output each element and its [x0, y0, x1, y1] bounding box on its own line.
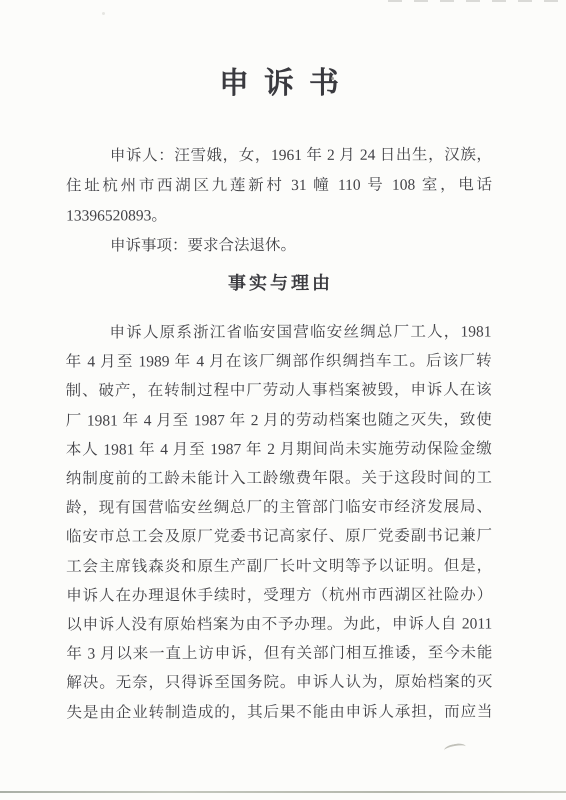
body-line: 制、破产，在转制过程中厂劳动人事档案被毁，申诉人在该 — [66, 376, 492, 406]
body-line: 失是由企业转制造成的，其后果不能由申诉人承担，而应当 — [66, 697, 492, 727]
scanned-petition-page: 申诉书 申诉人：汪雪娥，女，1961 年 2 月 24 日出生，汉族， 住址杭州… — [0, 0, 566, 800]
scan-edge-artifact-top — [388, 0, 566, 2]
scan-smudge — [443, 742, 466, 755]
body-line: 年 4 月至 1989 年 4 月在该厂绸部作织绸挡车工。后该厂转 — [66, 347, 492, 377]
body-line: 厂 1981 年 4 月至 1987 年 2 月的劳动档案也随之灭失，致使 — [66, 405, 492, 435]
petitioner-phone-line: 13396520893。 — [66, 200, 492, 231]
appeal-matter-paragraph: 申诉事项：要求合法退休。 — [66, 230, 492, 261]
body-line: 以申诉人没有原始档案为由不予办理。为此，申诉人自 2011 — [66, 609, 492, 639]
scan-speck — [102, 12, 105, 15]
body-line: 纳制度前的工龄未能计入工龄缴费年限。关于这段时间的工 — [66, 463, 492, 493]
petitioner-address-line: 住址杭州市西湖区九莲新村 31 幢 110 号 108 室，电话 — [66, 170, 492, 201]
appeal-matter-line: 申诉事项：要求合法退休。 — [66, 230, 492, 261]
body-line: 龄，现有国营临安丝绸总厂的主管部门临安市经济发展局、 — [66, 493, 492, 523]
body-line: 申诉人在办理退休手续时，受理方（杭州市西湖区社险办） — [66, 580, 492, 610]
body-paragraph: 申诉人原系浙江省临安国营临安丝绸总厂工人，1981 年 4 月至 1989 年 … — [65, 317, 492, 727]
body-line: 申诉人原系浙江省临安国营临安丝绸总厂工人，1981 — [65, 317, 491, 347]
body-line: 年 3 月以来一直上访申诉，但有关部门相互推诿，至今未能 — [66, 639, 492, 669]
body-line: 工会主席钱森炎和原生产副厂长叶文明等予以证明。但是， — [66, 551, 492, 581]
scan-speck — [331, 77, 334, 80]
section-heading-facts-and-reasons: 事实与理由 — [66, 269, 492, 296]
body-line: 解决。无奈，只得诉至国务院。申诉人认为，原始档案的灭 — [66, 668, 492, 698]
petitioner-line: 申诉人：汪雪娥，女，1961 年 2 月 24 日出生，汉族， — [66, 140, 492, 171]
body-line: 本人 1981 年 4 月至 1987 年 2 月期间尚未实施劳动保险金缴 — [66, 434, 492, 464]
body-line: 临安市总工会及原厂党委书记高家仔、原厂党委副书记兼厂 — [66, 522, 492, 552]
scan-edge-line-bottom — [0, 791, 566, 793]
document-title: 申诉书 — [66, 62, 492, 105]
petitioner-paragraph: 申诉人：汪雪娥，女，1961 年 2 月 24 日出生，汉族， 住址杭州市西湖区… — [66, 140, 492, 231]
